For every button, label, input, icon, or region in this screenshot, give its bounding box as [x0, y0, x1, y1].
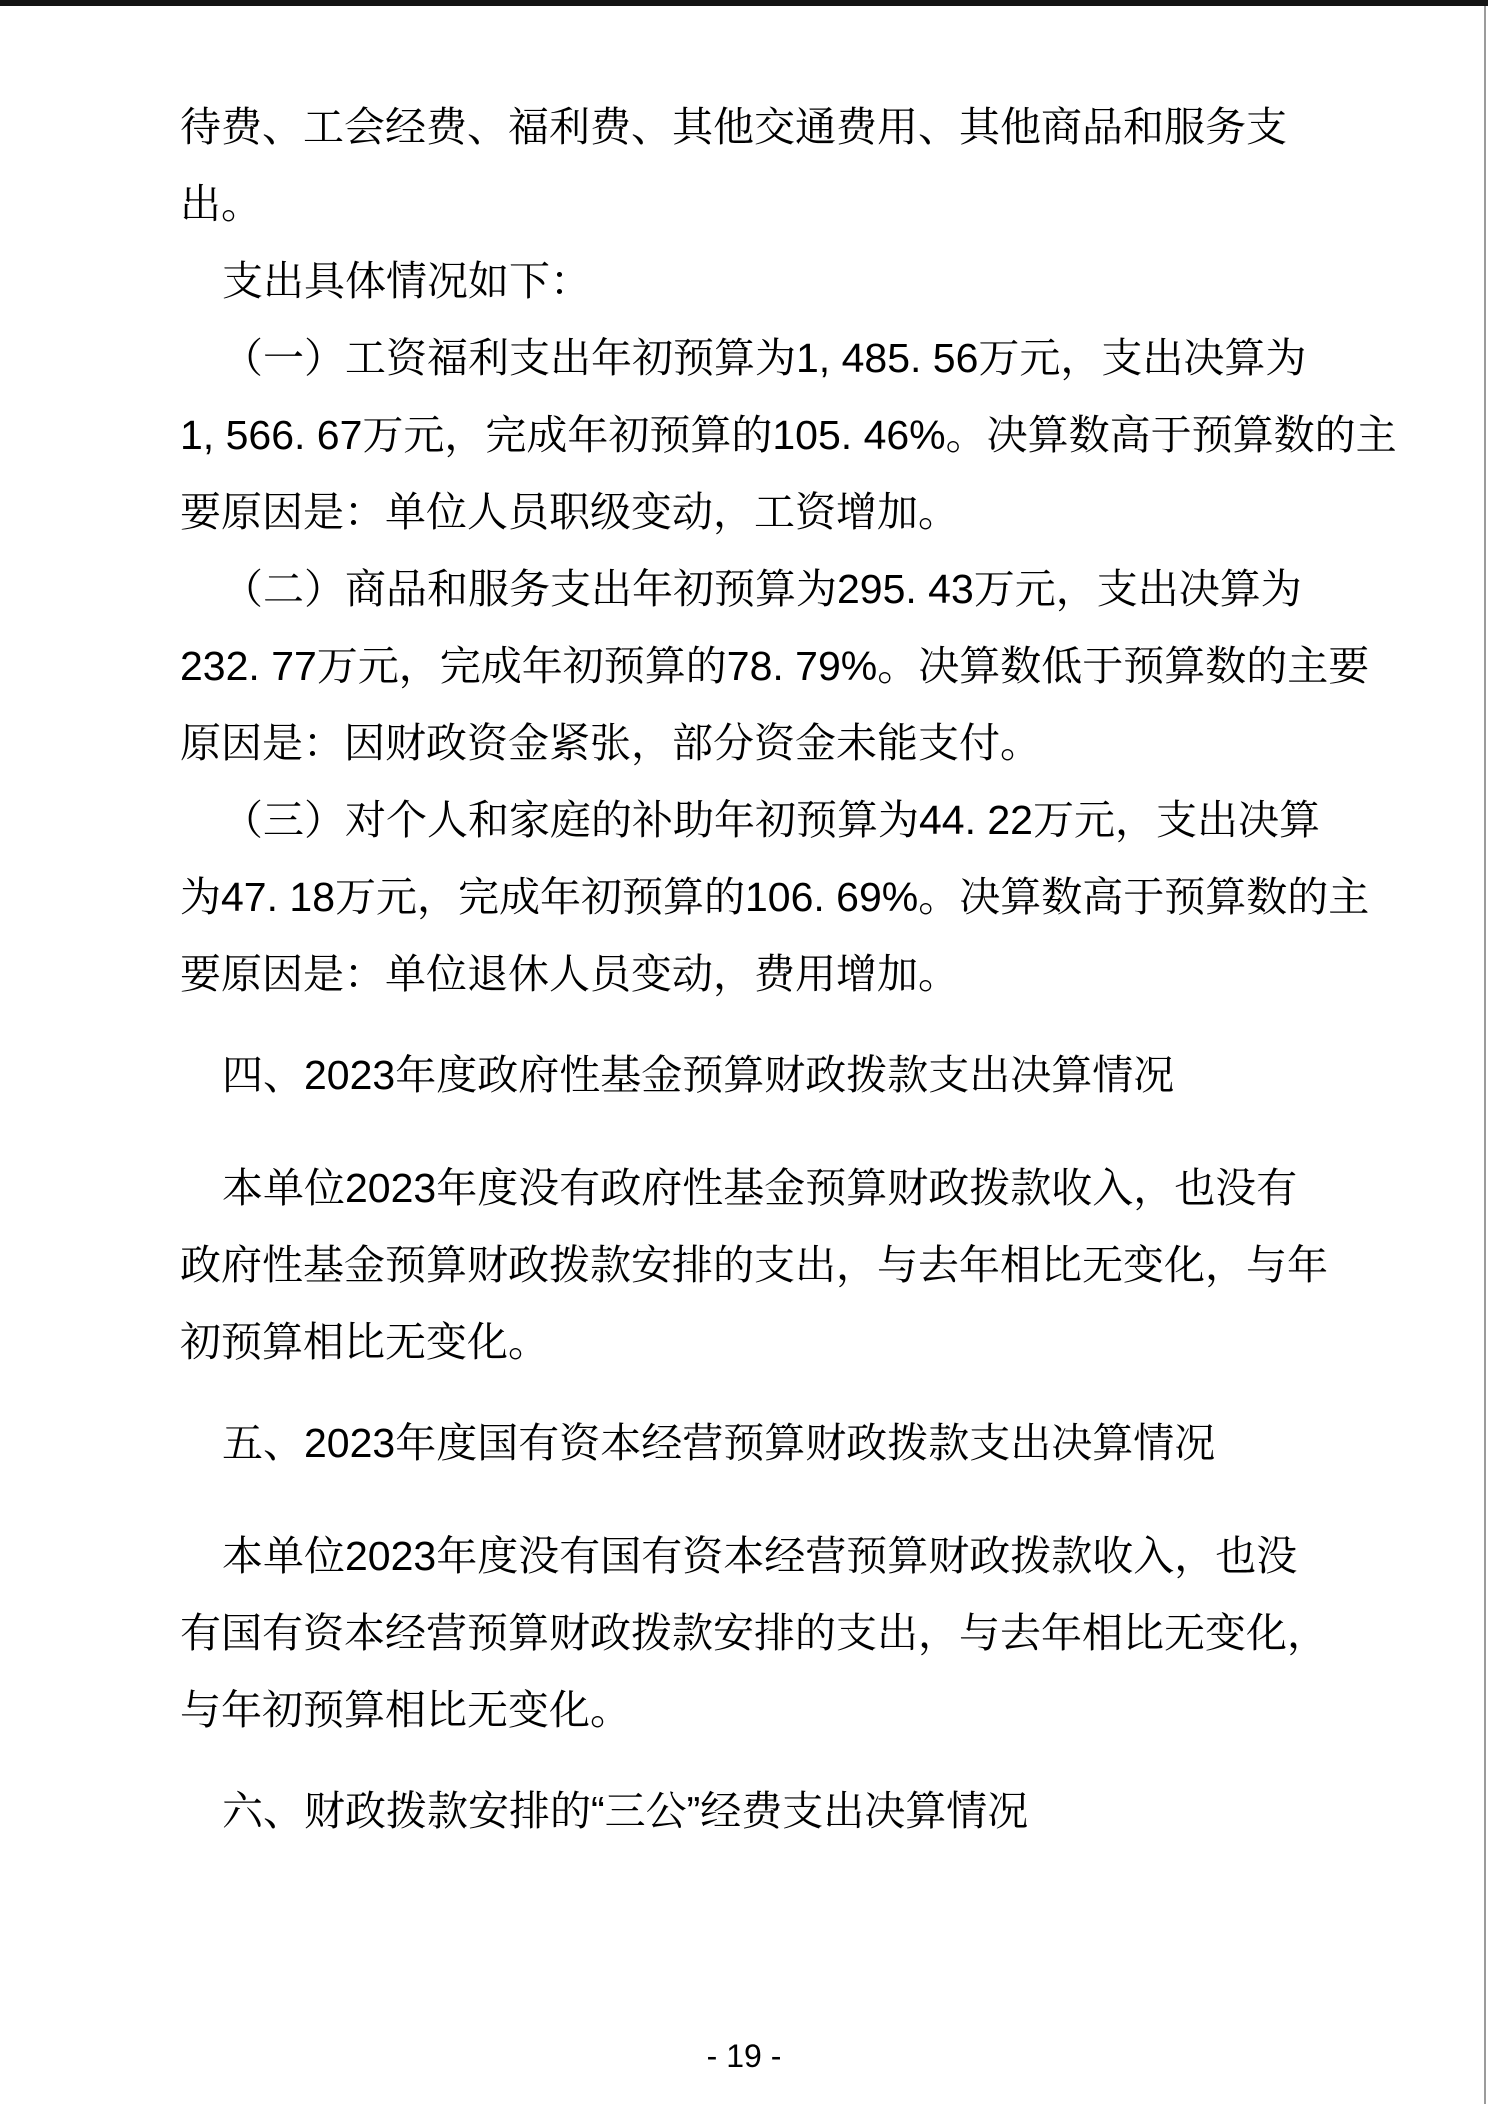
body-line: 支出具体情况如下：: [180, 243, 1298, 320]
body-line: （三）对个人和家庭的补助年初预算为44. 22万元，支出决算: [180, 782, 1298, 859]
section-heading: 五、2023年度国有资本经营预算财政拨款支出决算情况: [180, 1405, 1298, 1482]
page-right-edge-line: [1484, 6, 1486, 2104]
body-line: 本单位2023年度没有国有资本经营预算财政拨款收入，也没: [180, 1518, 1298, 1595]
top-border-bar: [0, 0, 1488, 6]
body-line: 1, 566. 67万元，完成年初预算的105. 46%。决算数高于预算数的主: [180, 397, 1298, 474]
section-heading: 四、2023年度政府性基金预算财政拨款支出决算情况: [180, 1037, 1298, 1114]
body-line: （二）商品和服务支出年初预算为295. 43万元，支出决算为: [180, 551, 1298, 628]
body-line: 本单位2023年度没有政府性基金预算财政拨款收入，也没有: [180, 1150, 1298, 1227]
body-line: 有国有资本经营预算财政拨款安排的支出，与去年相比无变化，: [180, 1595, 1298, 1672]
body-line: 为47. 18万元，完成年初预算的106. 69%。决算数高于预算数的主: [180, 859, 1298, 936]
page-number: - 19 -: [0, 2036, 1488, 2076]
document-viewer: { "report": { "intro_lines": [ "待费、工会经费、…: [0, 0, 1488, 2104]
body-line: 与年初预算相比无变化。: [180, 1672, 1298, 1749]
document-page: 待费、工会经费、福利费、其他交通费用、其他商品和服务支 出。 支出具体情况如下：…: [180, 89, 1298, 1886]
body-line: 要原因是：单位人员职级变动，工资增加。: [180, 474, 1298, 551]
body-line: 232. 77万元，完成年初预算的78. 79%。决算数低于预算数的主要: [180, 628, 1298, 705]
body-line: 原因是：因财政资金紧张，部分资金未能支付。: [180, 705, 1298, 782]
body-line: 待费、工会经费、福利费、其他交通费用、其他商品和服务支: [180, 89, 1298, 166]
section-heading: 六、财政拨款安排的“三公”经费支出决算情况: [180, 1773, 1298, 1850]
body-line: 初预算相比无变化。: [180, 1304, 1298, 1381]
body-line: （一）工资福利支出年初预算为1, 485. 56万元，支出决算为: [180, 320, 1298, 397]
body-line: 要原因是：单位退休人员变动，费用增加。: [180, 936, 1298, 1013]
body-line: 政府性基金预算财政拨款安排的支出，与去年相比无变化，与年: [180, 1227, 1298, 1304]
body-line: 出。: [180, 166, 1298, 243]
